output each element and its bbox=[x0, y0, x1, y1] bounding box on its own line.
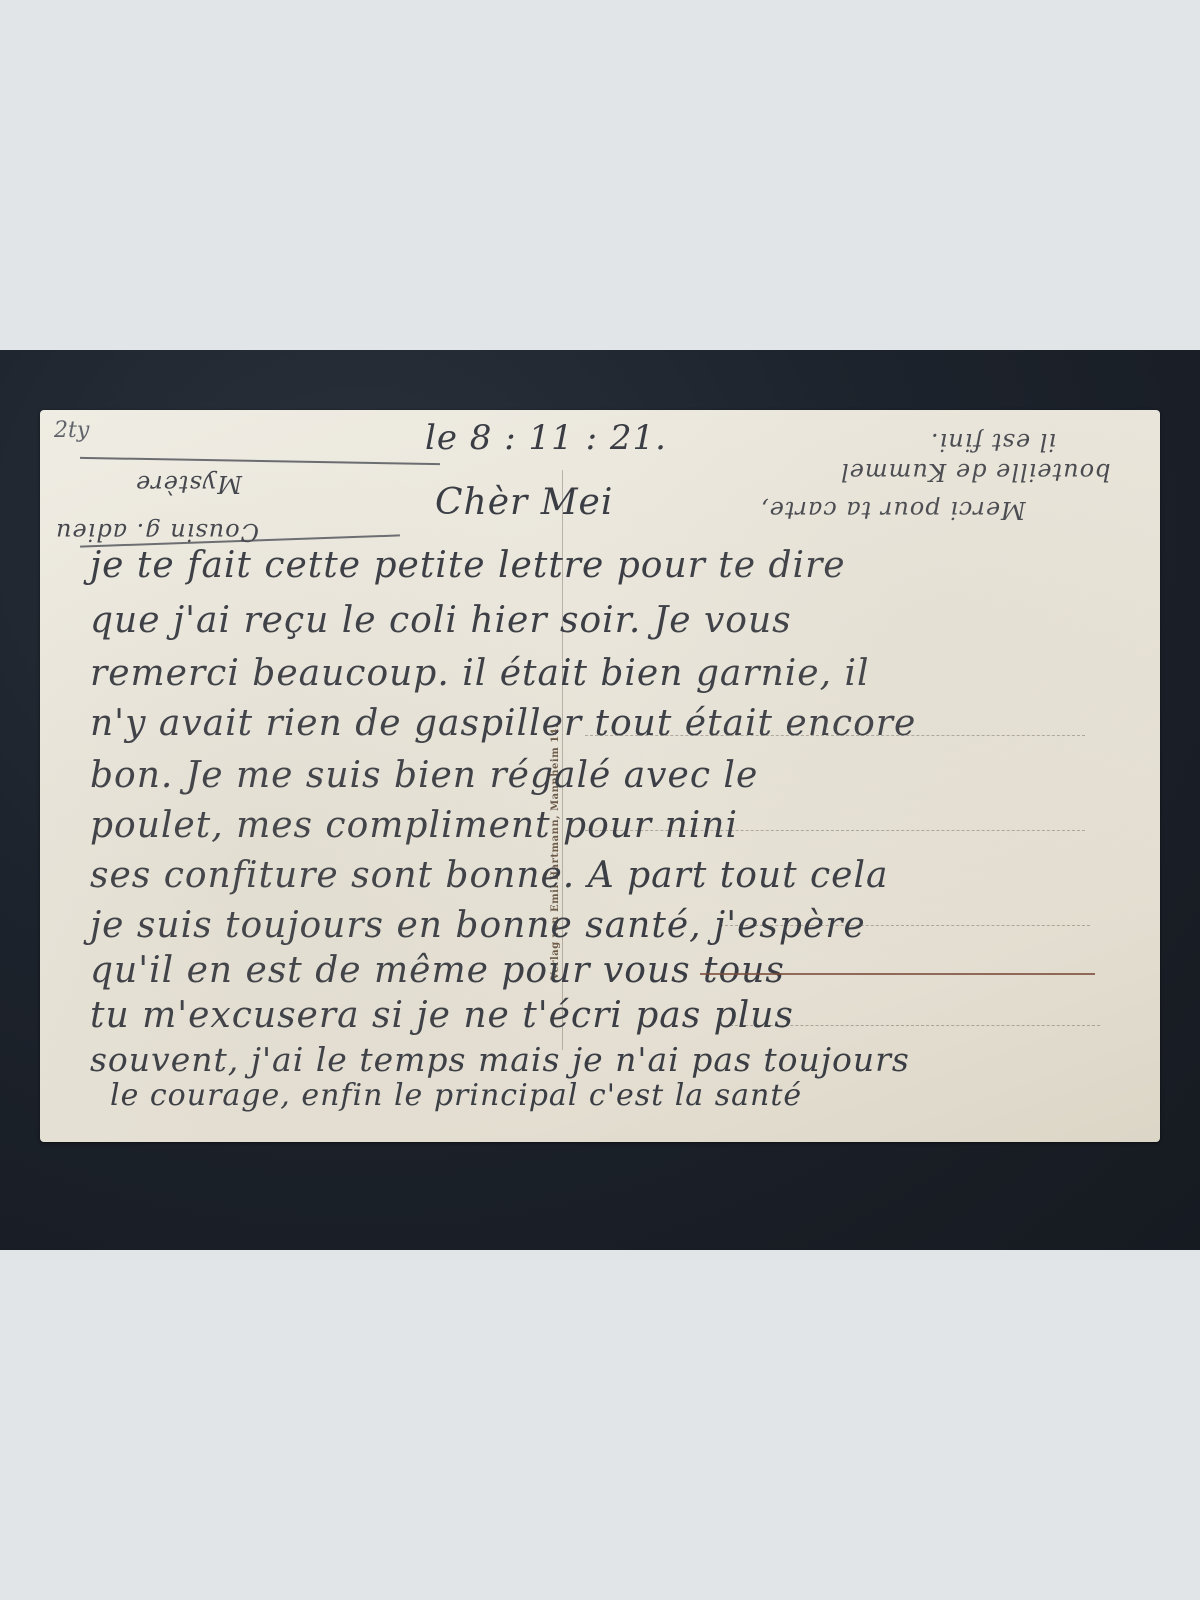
body-line-4: n'y avait rien de gaspiller tout était e… bbox=[90, 703, 916, 744]
greeting: Chèr Mei bbox=[435, 482, 613, 523]
corner-mark: 2ty bbox=[54, 418, 89, 443]
body-line-2: que j'ai reçu le coli hier soir. Je vous bbox=[90, 600, 792, 641]
body-line-7: ses confiture sont bonne. A part tout ce… bbox=[90, 855, 888, 896]
ink-line bbox=[80, 457, 440, 465]
body-line-12: le courage, enfin le principal c'est la … bbox=[110, 1078, 802, 1113]
date: le 8 : 11 : 21. bbox=[425, 418, 667, 458]
upside-down-note-right-2: bouteille de Kummel bbox=[840, 458, 1110, 486]
upside-down-note-right-3: Merci pour ta carte, bbox=[760, 496, 1026, 524]
body-line-1: je te fait cette petite lettre pour te d… bbox=[90, 545, 846, 586]
strikethrough-line bbox=[700, 973, 1095, 975]
upside-down-note-right-1: il est fini. bbox=[930, 428, 1056, 456]
body-line-8: je suis toujours en bonne santé, j'espèr… bbox=[90, 905, 866, 946]
body-line-10: tu m'excusera si je ne t'écri pas plus bbox=[90, 995, 794, 1036]
body-line-11: souvent, j'ai le temps mais je n'ai pas … bbox=[90, 1040, 910, 1079]
body-line-5: bon. Je me suis bien régalé avec le bbox=[90, 755, 758, 796]
upside-down-note-left-2: Cousin g. adieu bbox=[55, 518, 259, 546]
postcard: 2ty Verlag von Emil Hartmann, Mannheim 1… bbox=[40, 410, 1160, 1142]
body-line-9: qu'il en est de même pour vous tous bbox=[90, 950, 785, 991]
upside-down-note-left-1: Mystère bbox=[135, 470, 242, 498]
body-line-3: remerci beaucoup. il était bien garnie, … bbox=[90, 653, 870, 694]
body-line-6: poulet, mes compliment pour nini bbox=[90, 805, 738, 846]
